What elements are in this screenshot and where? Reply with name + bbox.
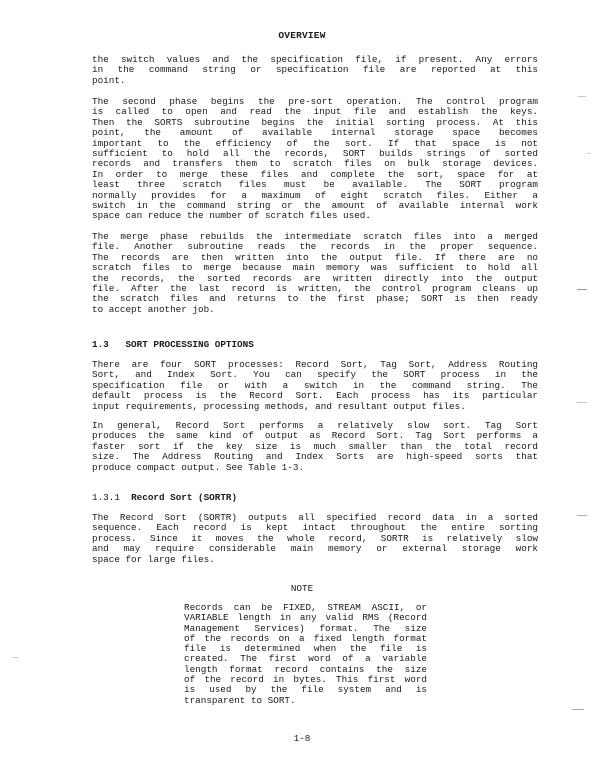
page-number: 1-8 (0, 733, 604, 744)
page-header-title: OVERVIEW (0, 30, 604, 41)
text-line: input requirements, processing methods, … (92, 402, 538, 412)
text-line: in the command string or specification f… (92, 65, 538, 75)
scan-artifact (577, 402, 587, 403)
text-line: point, the amount of available internal … (92, 128, 538, 138)
paragraph-sort-performance: In general, Record Sort performs a relat… (92, 421, 538, 473)
scan-artifact (587, 153, 591, 154)
paragraph-sort-processes: There are four SORT processes: Record So… (92, 360, 538, 412)
text-line: scratch files to merge because main memo… (92, 263, 538, 273)
paragraph-record-sort: The Record Sort (SORTR) outputs all spec… (92, 513, 538, 565)
paragraph-command-errors: the switch values and the specification … (92, 55, 538, 86)
section-heading-1-3: 1.3 SORT PROCESSING OPTIONS (92, 339, 254, 350)
note-title: NOTE (0, 583, 604, 594)
note-body: Records can be FIXED, STREAM ASCII, orVA… (184, 603, 427, 706)
text-line: point. (92, 76, 538, 86)
text-line: least three scratch files must be availa… (92, 180, 538, 190)
scan-artifact (577, 289, 587, 290)
text-line: size. The Address Routing and Index Sort… (92, 452, 538, 462)
section-number: 1.3.1 (92, 492, 120, 503)
text-line: and may require considerable main memory… (92, 544, 538, 554)
paragraph-pre-sort-phase: The second phase begins the pre-sort ope… (92, 97, 538, 222)
section-heading-1-3-1: 1.3.1 Record Sort (SORTR) (92, 492, 237, 503)
text-line: produce compact output. See Table 1-3. (92, 463, 538, 473)
paragraph-merge-phase: The merge phase rebuilds the intermediat… (92, 232, 538, 315)
scan-artifact (577, 515, 587, 516)
text-line: default process is the Record Sort. Each… (92, 391, 538, 401)
text-line: to accept another job. (92, 305, 538, 315)
section-title: Record Sort (SORTR) (131, 492, 237, 503)
text-line: transparent to SORT. (184, 696, 427, 706)
scan-artifact (572, 709, 584, 710)
scan-artifact (578, 96, 586, 97)
text-line: space for large files. (92, 555, 538, 565)
text-line: space can reduce the number of scratch f… (92, 211, 538, 221)
scan-artifact (12, 657, 18, 658)
